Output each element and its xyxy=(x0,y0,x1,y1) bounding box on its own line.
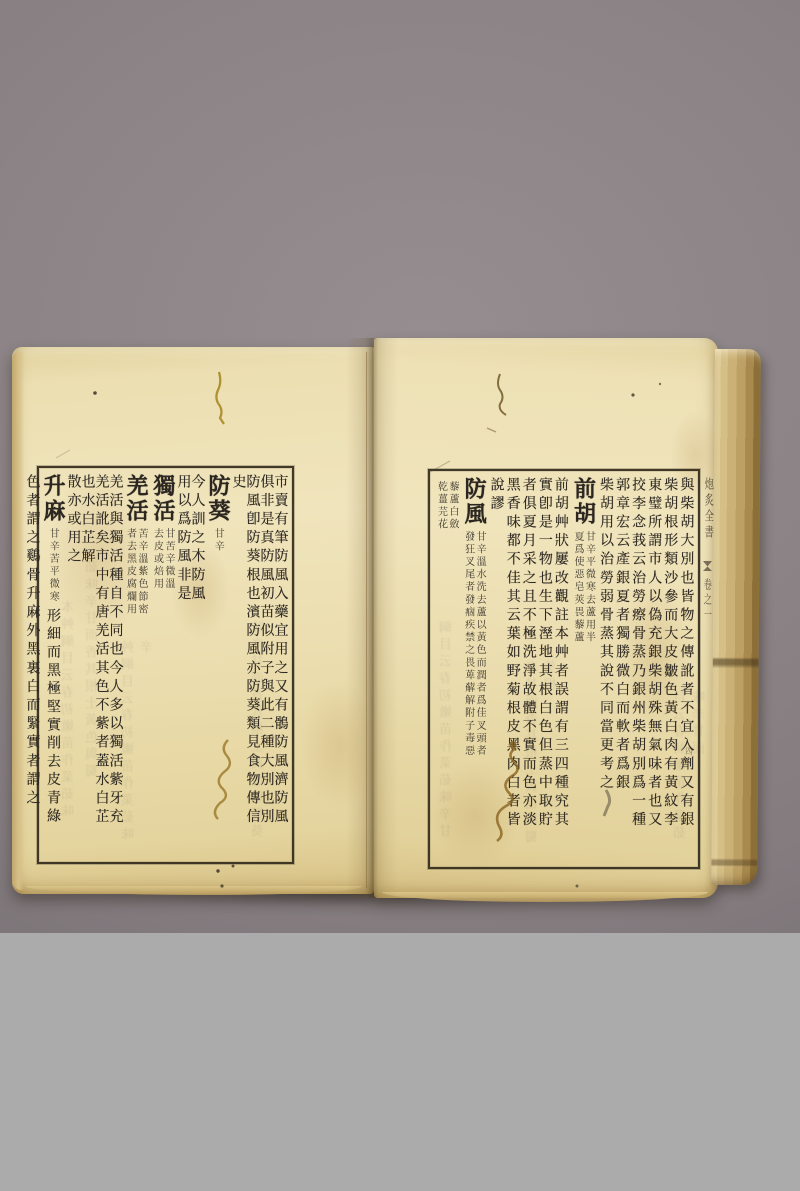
crease-line xyxy=(56,450,70,458)
ink-speck xyxy=(232,865,235,868)
book-photograph: 市賣有筆防風入藥宜用之又有鶻防風濟防風俱非是真防風初苗似附子與此二種大別也別防風… xyxy=(0,0,800,933)
ink-speck xyxy=(659,383,661,385)
drip-stain-right-middle xyxy=(497,748,518,841)
ink-speck xyxy=(216,869,219,872)
ink-speck xyxy=(220,884,223,887)
crease-line xyxy=(430,461,450,472)
drip-stain-left-middle xyxy=(215,740,230,819)
ink-smudge xyxy=(604,790,610,816)
drip-stain-left-top xyxy=(216,372,224,424)
drip-stain-right-top xyxy=(498,374,506,415)
ink-speck xyxy=(576,885,579,888)
screenshot-root: { "edge": { "title": "炮炙全書", "volume": "… xyxy=(0,0,800,1191)
ink-speck xyxy=(631,393,634,396)
ink-speck xyxy=(93,391,97,395)
stain-tick xyxy=(487,428,496,432)
stains-overlay xyxy=(0,0,800,933)
